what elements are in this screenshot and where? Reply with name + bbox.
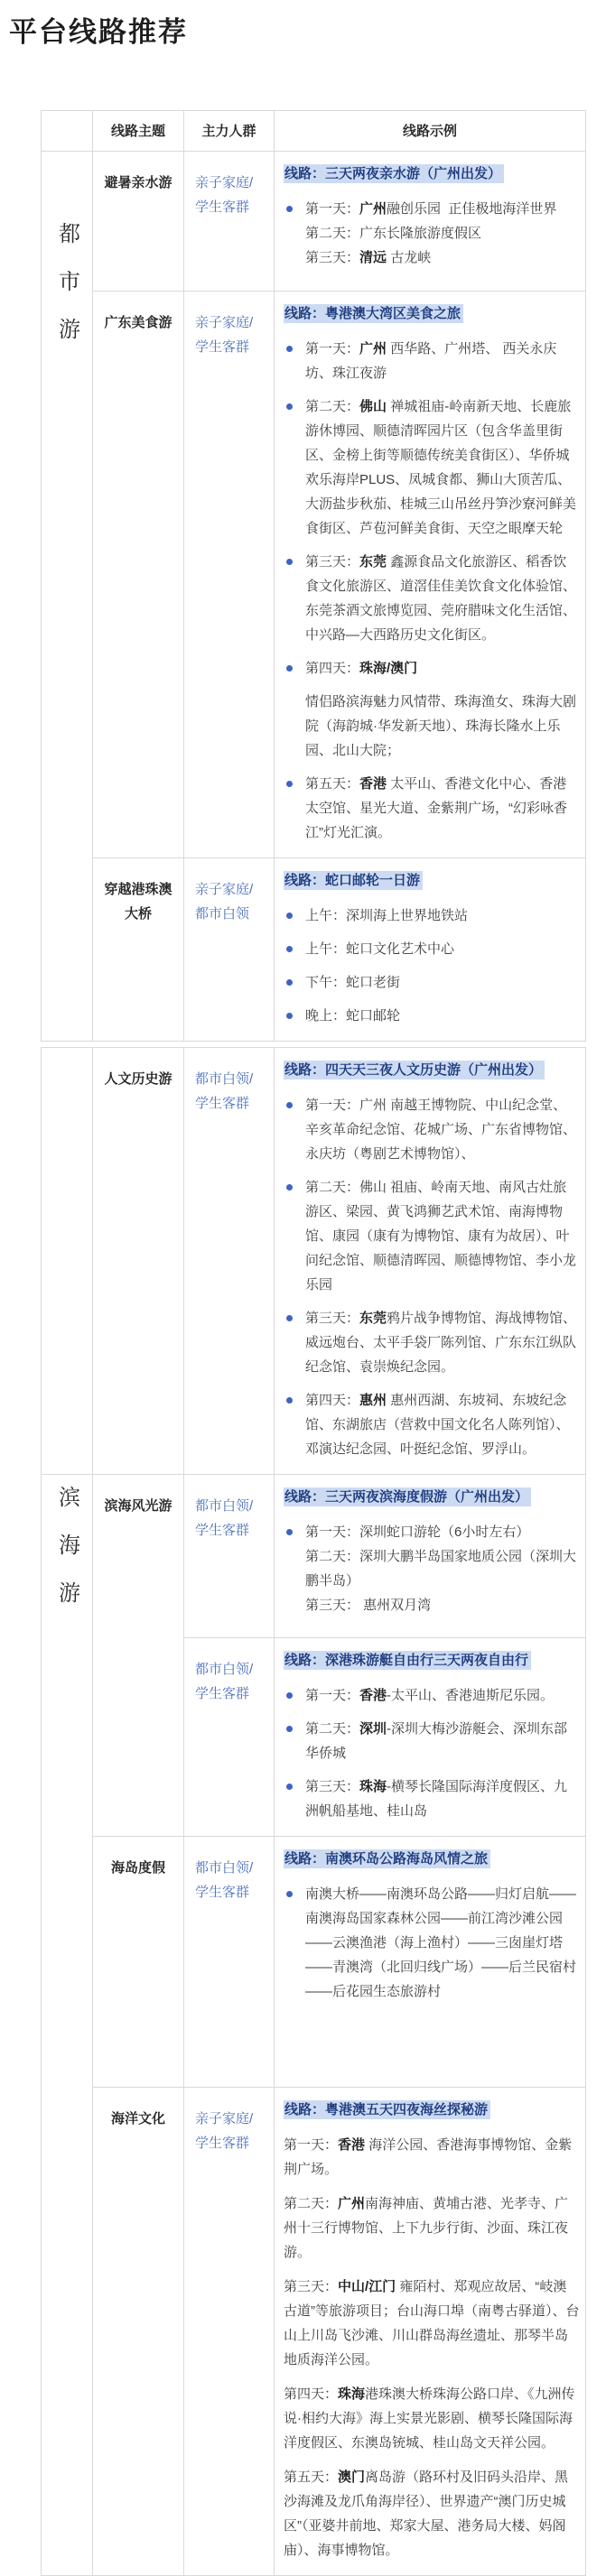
audience-cell: 都市白领/ 学生客群 <box>184 1837 275 2088</box>
header-theme: 线路主题 <box>93 111 184 152</box>
route-item: 第一天：深圳蛇口游轮（6小时左右） 第二天：深圳大鹏半岛国家地质公园（深圳大鹏半… <box>284 1520 580 1617</box>
route-item: 第三天：珠海-横琴长隆国际海洋度假区、九洲帆船基地、桂山岛 <box>284 1774 580 1823</box>
route-subparagraph: 情侣路滨海魅力风情带、珠海渔女、珠海大剧院（海韵城·华发新天地）、珠海长隆水上乐… <box>305 690 580 763</box>
page: 平台线路推荐 线路主题 主力人群 线路示例 都市游 避暑亲水游 亲子家庭/ 学生… <box>0 0 606 2576</box>
route-item: 南澳大桥——南澳环岛公路——归灯启航——南澳海岛国家森林公园——前江湾沙滩公园—… <box>284 1882 580 2004</box>
theme-cell: 海岛度假 <box>93 1837 184 2088</box>
audience-cell: 亲子家庭/ 学生客群 <box>184 2088 275 2576</box>
theme-cell: 穿越港珠澳大桥 <box>93 858 184 1042</box>
theme-cell: 人文历史游 <box>93 1048 184 1475</box>
route-item: 第一天：广州 西华路、广州塔、 西关永庆坊、珠江夜游 <box>284 337 580 385</box>
bullet-icon <box>286 1315 293 1321</box>
bullet-icon <box>286 1784 293 1790</box>
route-paragraph: 第三天：中山/江门 雍陌村、郑观应故居、“岐澳古道”等旅游项目；台山海口埠（南粤… <box>284 2275 580 2372</box>
route-item: 第五天：香港 太平山、香港文化中心、香港太空馆、星光大道、金紫荆广场，“幻彩咏香… <box>284 772 580 845</box>
route-paragraph: 第五天：澳门离岛游（路环村及旧码头沿岸、黑沙海滩及龙爪角海岸径）、世界遗产“澳门… <box>284 2465 580 2562</box>
route-item: 上午：蛇口文化艺术中心 <box>284 937 580 961</box>
theme-cell: 海洋文化 <box>93 2088 184 2576</box>
audience-cell: 亲子家庭/ 学生客群 <box>184 292 275 858</box>
table-row: 海洋文化 亲子家庭/ 学生客群 线路：粤港澳五天四夜海丝探秘游第一天：香港 海洋… <box>42 2088 586 2576</box>
group-cell-urban: 都市游 <box>42 152 93 1042</box>
route-item: 第四天：珠海/澳门 <box>284 656 580 681</box>
bullet-icon <box>286 665 293 672</box>
route-title: 线路：深港珠游艇自由行三天两夜自由行 <box>284 1650 580 1672</box>
group-cell-coastal: 滨海游 <box>42 1475 93 2576</box>
table-header-row: 线路主题 主力人群 线路示例 <box>42 111 586 152</box>
audience-cell: 都市白领/ 学生客群 <box>184 1048 275 1475</box>
bullet-icon <box>286 1692 293 1699</box>
audience-cell: 都市白领/ 学生客群 <box>184 1638 275 1837</box>
bullet-icon <box>286 206 293 212</box>
route-paragraph: 第一天：香港 海洋公园、香港海事博物馆、金紫荆广场。 <box>284 2133 580 2182</box>
theme-cell: 滨海风光游 <box>93 1475 184 1837</box>
route-title: 线路：南澳环岛公路海岛风情之旅 <box>284 1849 580 1870</box>
audience-cell: 都市白领/ 学生客群 <box>184 1475 275 1638</box>
route-item: 第二天：深圳-深圳大梅沙游艇会、深圳东部华侨城 <box>284 1717 580 1765</box>
route-cell: 线路：蛇口邮轮一日游上午：深圳海上世界地铁站上午：蛇口文化艺术中心下午：蛇口老街… <box>275 858 586 1042</box>
route-cell: 线路：南澳环岛公路海岛风情之旅南澳大桥——南澳环岛公路——归灯启航——南澳海岛国… <box>275 1837 586 2088</box>
route-title: 线路：蛇口邮轮一日游 <box>284 870 580 892</box>
group-cell-empty <box>42 1048 93 1475</box>
route-item: 第四天：惠州 惠州西湖、东坡祠、东坡纪念馆、东湖旅店（营救中国文化名人陈列馆）、… <box>284 1388 580 1461</box>
group-label-coastal: 滨海游 <box>55 1475 79 1629</box>
bullet-icon <box>286 346 293 352</box>
header-route: 线路示例 <box>275 111 586 152</box>
route-item: 上午：深圳海上世界地铁站 <box>284 903 580 928</box>
bullet-icon <box>286 1013 293 1019</box>
table-row: 都市游 避暑亲水游 亲子家庭/ 学生客群 线路：三天两夜亲水游（广州出发）第一天… <box>42 152 586 292</box>
route-item: 第二天：佛山 祖庙、岭南天地、南风古灶旅游区、梁园、黄飞鸿狮艺武术馆、南海博物馆… <box>284 1175 580 1297</box>
bullet-icon <box>286 1397 293 1404</box>
bullet-icon <box>286 1529 293 1535</box>
table-row: 广东美食游 亲子家庭/ 学生客群 线路：粤港澳大湾区美食之旅第一天：广州 西华路… <box>42 292 586 858</box>
theme-cell: 广东美食游 <box>93 292 184 858</box>
route-cell: 线路：粤港澳五天四夜海丝探秘游第一天：香港 海洋公园、香港海事博物馆、金紫荆广场… <box>275 2088 586 2576</box>
route-table-coastal: 人文历史游 都市白领/ 学生客群 线路：四天天三夜人文历史游（广州出发）第一天：… <box>41 1047 586 2576</box>
bullet-icon <box>286 403 293 410</box>
bullet-icon <box>286 1102 293 1108</box>
route-item: 第三天：东莞 鑫源食品文化旅游区、稻香饮食文化旅游区、道滘佳佳美饮食文化体验馆、… <box>284 550 580 647</box>
bullet-icon <box>286 1184 293 1191</box>
bullet-icon <box>286 946 293 952</box>
audience-cell: 亲子家庭/ 都市白领 <box>184 858 275 1042</box>
route-tables: 线路主题 主力人群 线路示例 都市游 避暑亲水游 亲子家庭/ 学生客群 线路：三… <box>41 110 585 2576</box>
bullet-icon <box>286 1726 293 1732</box>
route-paragraph: 第二天：广州南海神庙、黄埔古港、光孝寺、广州十三行博物馆、上下九步行街、沙面、珠… <box>284 2191 580 2265</box>
route-item: 第一天：广州 南越王博物院、中山纪念堂、辛亥革命纪念馆、花城广场、广东省博物馆、… <box>284 1093 580 1166</box>
route-item: 下午：蛇口老街 <box>284 970 580 995</box>
route-item: 第二天：佛山 禅城祖庙-岭南新天地、长鹿旅游休博园、顺德清晖园片区（包含华盖里街… <box>284 394 580 541</box>
route-title: 线路：粤港澳大湾区美食之旅 <box>284 303 580 325</box>
route-title: 线路：三天两夜滨海度假游（广州出发） <box>284 1487 580 1508</box>
table-row: 海岛度假 都市白领/ 学生客群 线路：南澳环岛公路海岛风情之旅南澳大桥——南澳环… <box>42 1837 586 2088</box>
header-audience: 主力人群 <box>184 111 275 152</box>
table-row: 滨海游 滨海风光游 都市白领/ 学生客群 线路：三天两夜滨海度假游（广州出发）第… <box>42 1475 586 1638</box>
table-row: 人文历史游 都市白领/ 学生客群 线路：四天天三夜人文历史游（广州出发）第一天：… <box>42 1048 586 1475</box>
route-cell: 线路：深港珠游艇自由行三天两夜自由行第一天：香港-太平山、香港迪斯尼乐园。第二天… <box>275 1638 586 1837</box>
route-cell: 线路：三天两夜亲水游（广州出发）第一天：广州融创乐园 正佳极地海洋世界 第二天：… <box>275 152 586 292</box>
route-paragraph: 第四天：珠海港珠澳大桥珠海公路口岸、《九洲传说·相约大海》海上实景光影剧、横琴长… <box>284 2382 580 2455</box>
route-item: 第三天：东莞鸦片战争博物馆、海战博物馆、威远炮台、太平手袋厂陈列馆、广东东江纵队… <box>284 1306 580 1379</box>
bullet-icon <box>286 979 293 986</box>
page-title: 平台线路推荐 <box>0 0 606 51</box>
route-title: 线路：四天天三夜人文历史游（广州出发） <box>284 1060 580 1081</box>
bullet-icon <box>286 559 293 565</box>
bullet-icon <box>286 781 293 787</box>
route-cell: 线路：四天天三夜人文历史游（广州出发）第一天：广州 南越王博物院、中山纪念堂、辛… <box>275 1048 586 1475</box>
theme-cell: 避暑亲水游 <box>93 152 184 292</box>
group-label-urban: 都市游 <box>55 152 79 366</box>
route-cell: 线路：三天两夜滨海度假游（广州出发）第一天：深圳蛇口游轮（6小时左右） 第二天：… <box>275 1475 586 1638</box>
route-item: 第一天：香港-太平山、香港迪斯尼乐园。 <box>284 1683 580 1708</box>
route-item: 晚上：蛇口邮轮 <box>284 1004 580 1028</box>
route-item: 第一天：广州融创乐园 正佳极地海洋世界 第二天：广东长隆旅游度假区 第三天：清远… <box>284 197 580 270</box>
route-title: 线路：粤港澳五天四夜海丝探秘游 <box>284 2099 580 2121</box>
route-cell: 线路：粤港澳大湾区美食之旅第一天：广州 西华路、广州塔、 西关永庆坊、珠江夜游第… <box>275 292 586 858</box>
table-row: 穿越港珠澳大桥 亲子家庭/ 都市白领 线路：蛇口邮轮一日游上午：深圳海上世界地铁… <box>42 858 586 1042</box>
route-table-urban: 线路主题 主力人群 线路示例 都市游 避暑亲水游 亲子家庭/ 学生客群 线路：三… <box>41 110 586 1042</box>
bullet-icon <box>286 1891 293 1897</box>
route-title: 线路：三天两夜亲水游（广州出发） <box>284 163 580 185</box>
bullet-icon <box>286 913 293 919</box>
group-header-cell <box>42 111 93 152</box>
audience-cell: 亲子家庭/ 学生客群 <box>184 152 275 292</box>
